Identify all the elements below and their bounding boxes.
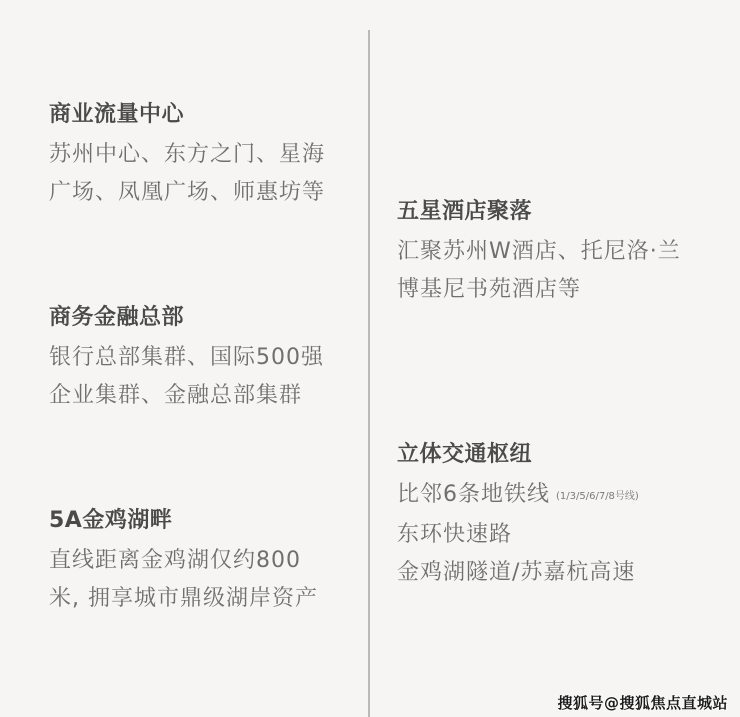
metro-text: 比邻6条地铁线 (397, 482, 550, 507)
section-title: 商务金融总部 (49, 303, 369, 333)
section-text-line: 直线距离金鸡湖仅约800 (49, 542, 369, 580)
section-text-line: 广场、凤凰广场、师惠坊等 (49, 174, 369, 212)
section-text-line: 金鸡湖隧道/苏嘉杭高速 (397, 554, 717, 592)
section-text-line: 企业集群、金融总部集群 (49, 377, 369, 415)
section-text-line: 东环快速路 (397, 516, 717, 554)
section-transport-hub: 立体交通枢纽 比邻6条地铁线(1/3/5/6/7/8号线) 东环快速路 金鸡湖隧… (397, 440, 717, 592)
section-five-star-hotels: 五星酒店聚落 汇聚苏州W酒店、托尼洛·兰 博基尼书苑酒店等 (397, 197, 717, 309)
section-text-line: 汇聚苏州W酒店、托尼洛·兰 (397, 233, 717, 271)
section-title: 5A金鸡湖畔 (49, 506, 369, 536)
section-title: 五星酒店聚落 (397, 197, 717, 227)
section-jinji-lake: 5A金鸡湖畔 直线距离金鸡湖仅约800 米, 拥享城市鼎级湖岸资产 (49, 506, 369, 618)
metro-lines-note: (1/3/5/6/7/8号线) (556, 491, 639, 502)
section-title: 商业流量中心 (49, 100, 369, 130)
section-business-finance-hq: 商务金融总部 银行总部集群、国际500强 企业集群、金融总部集群 (49, 303, 369, 415)
section-text-line: 苏州中心、东方之门、星海 (49, 136, 369, 174)
watermark: 搜狐号@搜狐焦点直城站 (557, 692, 728, 713)
section-text-line-metro: 比邻6条地铁线(1/3/5/6/7/8号线) (397, 476, 717, 516)
section-commercial-traffic-center: 商业流量中心 苏州中心、东方之门、星海 广场、凤凰广场、师惠坊等 (49, 100, 369, 212)
section-text-line: 博基尼书苑酒店等 (397, 271, 717, 309)
section-title: 立体交通枢纽 (397, 440, 717, 470)
section-text-line: 米, 拥享城市鼎级湖岸资产 (49, 580, 369, 618)
section-text-line: 银行总部集群、国际500强 (49, 339, 369, 377)
